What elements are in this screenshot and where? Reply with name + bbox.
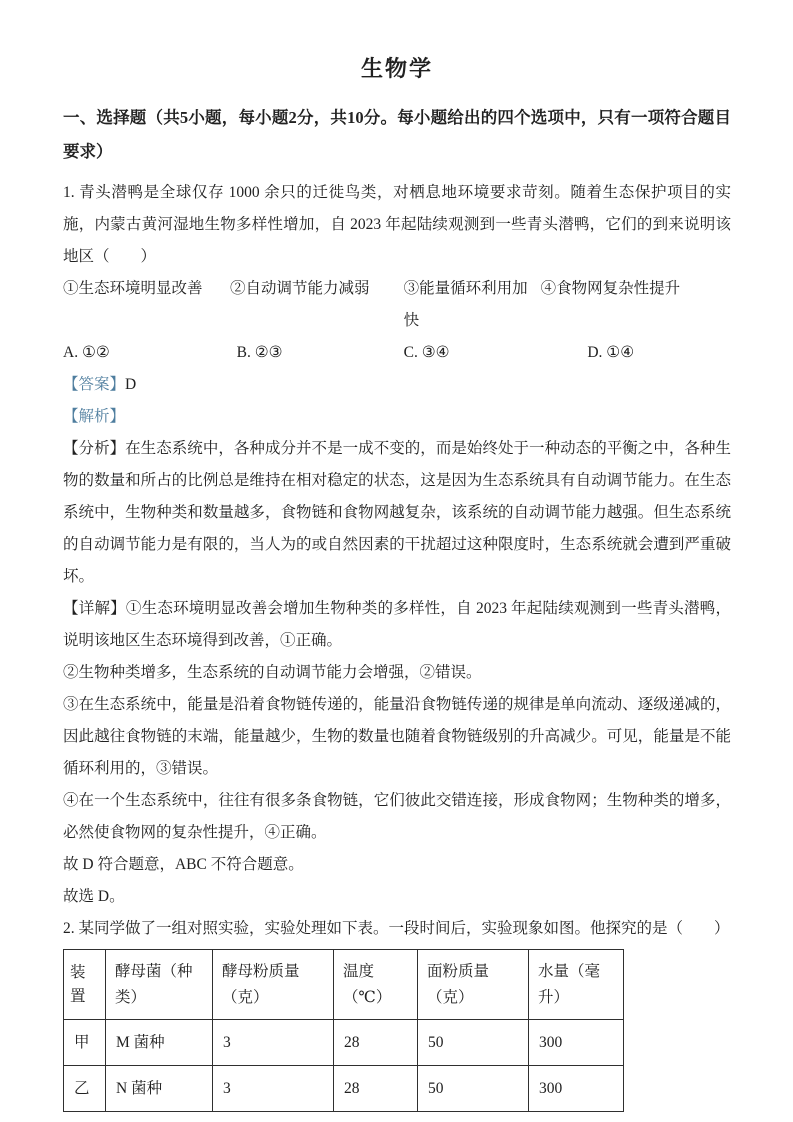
answer-line: 【答案】D: [63, 369, 731, 401]
cell-temperature: 28: [334, 1066, 418, 1112]
col-header-flour-mass: 面粉质量（克）: [418, 950, 529, 1020]
detail-text-1: ①生态环境明显改善会增加生物种类的多样性，自 2023 年起陆续观测到一些青头潜…: [63, 600, 731, 649]
cell-temperature: 28: [334, 1020, 418, 1066]
detail-paragraph-2: ②生物种类增多，生态系统的自动调节能力会增强，②错误。: [63, 657, 731, 689]
detail-paragraph-4: ④在一个生态系统中，往往有很多条食物链，它们彼此交错连接，形成食物网；生物种类的…: [63, 785, 731, 849]
exam-document-page: 生物学 一、选择题（共5小题，每小题2分，共10分。每小题给出的四个选项中，只有…: [0, 0, 793, 1112]
analysis-section-line: 【解析】: [63, 401, 731, 433]
analysis-paragraph: 【分析】在生态系统中，各种成分并不是一成不变的，而是始终处于一种动态的平衡之中，…: [63, 433, 731, 593]
question2-stem: 2. 某同学做了一组对照实验，实验处理如下表。一段时间后，实验现象如图。他探究的…: [63, 913, 731, 945]
col-header-device: 装置: [64, 950, 106, 1020]
question1-stem: 1. 青头潜鸭是全球仅存 1000 余只的迁徙鸟类，对栖息地环境要求苛刻。随着生…: [63, 177, 731, 273]
col-header-yeast-mass: 酵母粉质量（克）: [213, 950, 334, 1020]
choice-a: A. ①②: [63, 337, 237, 369]
detail-paragraph-3: ③在生态系统中，能量是沿着食物链传递的，能量沿食物链传递的规律是单向流动、逐级递…: [63, 689, 731, 785]
table-row-yi: 乙 N 菌种 3 28 50 300: [64, 1066, 624, 1112]
analysis-tag: 【分析】: [63, 440, 125, 457]
question1-choices: A. ①② B. ②③ C. ③④ D. ①④: [63, 337, 731, 369]
detail-conclusion-1: 故 D 符合题意，ABC 不符合题意。: [63, 849, 731, 881]
cell-flour-mass: 50: [418, 1020, 529, 1066]
cell-flour-mass: 50: [418, 1066, 529, 1112]
experiment-table: 装置 酵母菌（种类） 酵母粉质量（克） 温度（℃） 面粉质量（克） 水量（毫升）…: [63, 949, 624, 1112]
experiment-table-header-row: 装置 酵母菌（种类） 酵母粉质量（克） 温度（℃） 面粉质量（克） 水量（毫升）: [64, 950, 624, 1020]
statement-item-3: ③能量循环利用加快: [404, 273, 541, 337]
statement-item-2: ②自动调节能力减弱: [230, 273, 404, 337]
choice-c: C. ③④: [404, 337, 588, 369]
cell-yeast-type: N 菌种: [106, 1066, 213, 1112]
choice-b: B. ②③: [237, 337, 404, 369]
cell-yeast-mass: 3: [213, 1066, 334, 1112]
analysis-text: 在生态系统中，各种成分并不是一成不变的，而是始终处于一种动态的平衡之中，各种生物…: [63, 440, 731, 585]
cell-yeast-mass: 3: [213, 1020, 334, 1066]
cell-water-volume: 300: [529, 1066, 624, 1112]
section-header: 一、选择题（共5小题，每小题2分，共10分。每小题给出的四个选项中，只有一项符合…: [63, 101, 731, 169]
table-row-jia: 甲 M 菌种 3 28 50 300: [64, 1020, 624, 1066]
analysis-section-label: 【解析】: [63, 408, 125, 425]
col-header-yeast-type: 酵母菌（种类）: [106, 950, 213, 1020]
detail-paragraph-1: 【详解】①生态环境明显改善会增加生物种类的多样性，自 2023 年起陆续观测到一…: [63, 593, 731, 657]
col-header-water-volume: 水量（毫升）: [529, 950, 624, 1020]
detail-conclusion-2: 故选 D。: [63, 881, 731, 913]
answer-label: 【答案】: [63, 376, 125, 393]
cell-device: 乙: [64, 1066, 106, 1112]
statement-item-4: ④食物网复杂性提升: [541, 273, 731, 337]
choice-d: D. ①④: [587, 337, 731, 369]
cell-water-volume: 300: [529, 1020, 624, 1066]
detail-tag: 【详解】: [63, 600, 126, 617]
page-title: 生物学: [63, 52, 731, 83]
statement-item-1: ①生态环境明显改善: [63, 273, 230, 337]
cell-yeast-type: M 菌种: [106, 1020, 213, 1066]
question1-statement-items: ①生态环境明显改善 ②自动调节能力减弱 ③能量循环利用加快 ④食物网复杂性提升: [63, 273, 731, 337]
answer-value: D: [125, 376, 136, 393]
cell-device: 甲: [64, 1020, 106, 1066]
col-header-temperature: 温度（℃）: [334, 950, 418, 1020]
